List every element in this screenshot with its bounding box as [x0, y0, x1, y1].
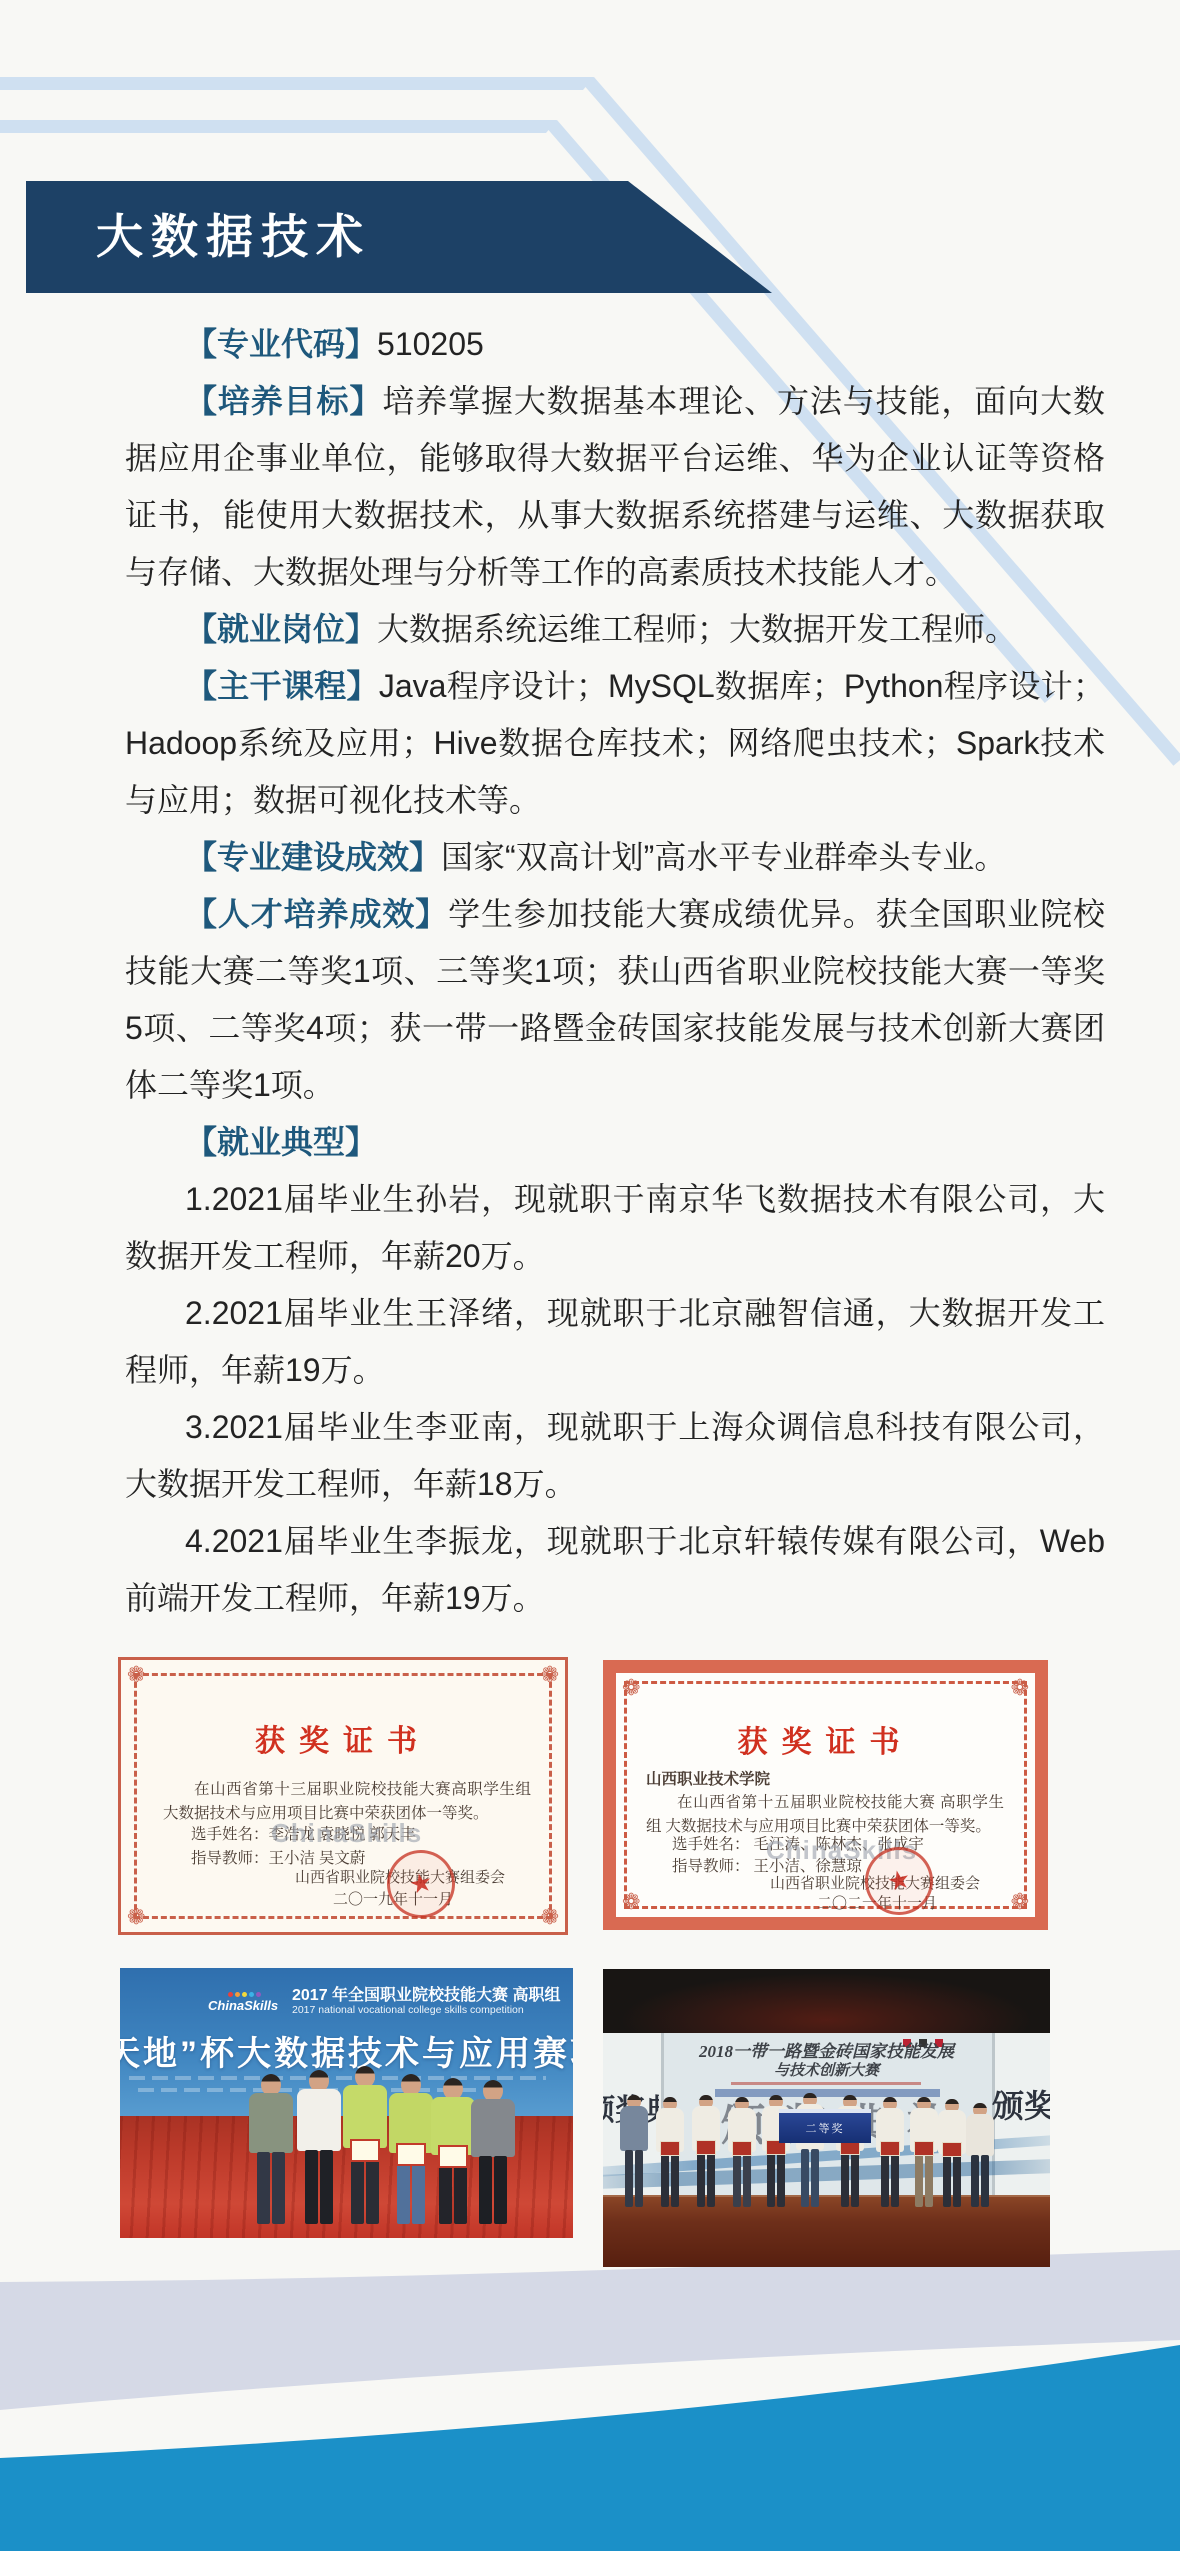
section-label: 【人才培养成效】: [185, 896, 448, 932]
paragraph-major-code: 【专业代码】510205: [125, 316, 1105, 373]
section-text: 大数据系统运维工程师；大数据开发工程师。: [377, 611, 1017, 647]
section-text: 1.2021届毕业生孙岩，现就职于南京华飞数据技术有限公司，大数据开发工程师，年…: [125, 1181, 1105, 1274]
paragraph-graduate-3: 3.2021届毕业生李亚南，现就职于上海众调信息科技有限公司，大数据开发工程师，…: [125, 1399, 1105, 1513]
floret-icon: ❁: [541, 1906, 559, 1928]
floret-icon: ❁: [541, 1664, 559, 1686]
person-legs: [971, 2155, 990, 2207]
section-label: 【专业建设成效】: [185, 839, 441, 875]
certificate-title: 获奖证书: [616, 1717, 1035, 1761]
held-certificate: [942, 2142, 962, 2157]
held-certificate: [696, 2140, 716, 2155]
person-legs: [943, 2153, 962, 2207]
photo-banner-cn: 2017 年全国职业院校技能大赛 高职组: [292, 1982, 561, 2005]
header-banner: 大数据技术: [26, 181, 772, 293]
person-legs: [697, 2150, 716, 2207]
person: [470, 2080, 516, 2224]
paragraph-graduate-4: 4.2021届毕业生李振龙，现就职于北京轩辕传媒有限公司，Web前端开发工程师，…: [125, 1513, 1105, 1627]
person: [296, 2070, 342, 2224]
floret-icon: ❁: [1011, 1677, 1029, 1699]
person-legs: [305, 2150, 334, 2224]
person-legs: [479, 2156, 508, 2224]
floret-icon: ❁: [127, 1906, 145, 1928]
held-certificate: [438, 2145, 468, 2168]
paragraph-graduate-2: 2.2021届毕业生王泽绪，现就职于北京融智信通，大数据开发工程师，年薪19万。: [125, 1285, 1105, 1399]
person: [909, 2097, 939, 2207]
competition-photo-left: ChinaSkills 2017 年全国职业院校技能大赛 高职组 2017 na…: [120, 1968, 573, 2238]
person: [727, 2097, 757, 2207]
section-text: 510205: [377, 326, 484, 362]
decor-stripe-horizontal-1: [0, 77, 594, 90]
backdrop-title-line2: 与技术创新大赛: [673, 2059, 980, 2080]
person-legs: [915, 2151, 934, 2207]
certificate-teachers: 指导教师：王小洁 吴文蔚: [191, 1846, 365, 1868]
person-legs: [625, 2150, 644, 2207]
person: [875, 2097, 905, 2207]
paragraph-training-goal: 【培养目标】培养掌握大数据基本理论、方法与技能，面向大数据应用企事业单位，能够取…: [125, 373, 1105, 601]
person-torso: [297, 2089, 341, 2151]
person: [965, 2103, 995, 2207]
person: [248, 2074, 294, 2224]
chinaskills-watermark: ChinaSkills: [271, 1818, 422, 1849]
section-label: 【就业典型】: [185, 1124, 377, 1160]
person-torso: [620, 2106, 649, 2151]
person: [342, 2066, 388, 2224]
held-certificate: [914, 2141, 934, 2156]
floret-icon: ❁: [127, 1664, 145, 1686]
person-legs: [257, 2152, 286, 2224]
certificate-card: ❁ ❁ ❁ ❁ 获奖证书 山西职业技术学院 在山西省第十五届职业院校技能大赛 高…: [616, 1673, 1035, 1917]
award-sign: 二等奖: [779, 2109, 871, 2143]
section-text: 国家“双高计划”高水平专业群牵头专业。: [441, 839, 1006, 875]
section-text: 2.2021届毕业生王泽绪，现就职于北京融智信通，大数据开发工程师，年薪19万。: [125, 1295, 1105, 1388]
paragraph-construction: 【专业建设成效】国家“双高计划”高水平专业群牵头专业。: [125, 829, 1105, 886]
paragraph-courses: 【主干课程】Java程序设计；MySQL数据库；Python程序设计；Hadoo…: [125, 658, 1105, 829]
paragraph-graduate-1: 1.2021届毕业生孙岩，现就职于南京华飞数据技术有限公司，大数据开发工程师，年…: [125, 1171, 1105, 1285]
person: [619, 2095, 649, 2207]
floret-icon: ❁: [1011, 1891, 1029, 1913]
paragraph-employment-examples: 【就业典型】: [125, 1114, 1105, 1171]
person-torso: [966, 2114, 995, 2156]
major-intro-text: 【专业代码】510205 【培养目标】培养掌握大数据基本理论、方法与技能，面向大…: [125, 316, 1105, 1627]
certificate-recipient: 山西职业技术学院: [646, 1767, 770, 1789]
section-label: 【主干课程】: [185, 668, 379, 704]
page-title: 大数据技术: [96, 181, 371, 293]
award-certificate-left: ❁ ❁ ❁ ❁ 获奖证书 在山西省第十三届职业院校技能大赛高职学生组大数据技术与…: [118, 1657, 568, 1935]
floret-icon: ❁: [622, 1891, 640, 1913]
panel-right-text: 颁奖典: [992, 2081, 1050, 2127]
person: [655, 2097, 685, 2207]
decor-stripe-horizontal-2: [0, 120, 557, 133]
section-text: 3.2021届毕业生李亚南，现就职于上海众调信息科技有限公司，大数据开发工程师，…: [125, 1409, 1105, 1502]
person-legs: [841, 2150, 860, 2207]
held-certificate: [732, 2141, 752, 2156]
chinaskills-logo: ChinaSkills: [208, 1998, 278, 2013]
section-label: 【就业岗位】: [185, 611, 377, 647]
person: [388, 2074, 434, 2224]
paragraph-jobs: 【就业岗位】大数据系统运维工程师；大数据开发工程师。: [125, 601, 1105, 658]
brochure-page: 大数据技术 【专业代码】510205 【培养目标】培养掌握大数据基本理论、方法与…: [0, 0, 1180, 2551]
section-label: 【培养目标】: [185, 383, 382, 419]
person-legs: [801, 2149, 820, 2207]
held-certificate: [350, 2139, 380, 2162]
stage-ceiling-dark: [603, 1969, 1050, 2033]
held-certificate: [880, 2141, 900, 2156]
section-label: 【专业代码】: [185, 326, 377, 362]
person-legs: [733, 2151, 752, 2207]
seal-star-icon: ★: [406, 1867, 435, 1901]
paragraph-talent: 【人才培养成效】学生参加技能大赛成绩优异。获全国职业院校技能大赛二等奖1项、三等…: [125, 886, 1105, 1114]
person: [691, 2095, 721, 2207]
held-certificate: [396, 2143, 426, 2166]
person-torso: [471, 2099, 515, 2157]
award-certificate-right: ❁ ❁ ❁ ❁ 获奖证书 山西职业技术学院 在山西省第十五届职业院校技能大赛 高…: [603, 1660, 1048, 1930]
person-torso: [249, 2093, 293, 2153]
certificate-title: 获奖证书: [121, 1716, 565, 1760]
held-certificate: [660, 2141, 680, 2156]
person-legs: [881, 2151, 900, 2207]
photo-banner-en: 2017 national vocational college skills …: [292, 2004, 524, 2016]
section-text: 4.2021届毕业生李振龙，现就职于北京轩辕传媒有限公司，Web前端开发工程师，…: [125, 1523, 1105, 1616]
person: [937, 2099, 967, 2207]
seal-star-icon: ★: [884, 1864, 913, 1898]
person-legs: [767, 2150, 786, 2207]
backdrop-caption-bar: [731, 2082, 921, 2085]
person-legs: [661, 2151, 680, 2207]
floret-icon: ❁: [622, 1677, 640, 1699]
competition-photo-right: 2018一带一路暨金砖国家技能发展 与技术创新大赛 颁奖典礼 颁奖典礼 颁奖典 …: [603, 1969, 1050, 2267]
